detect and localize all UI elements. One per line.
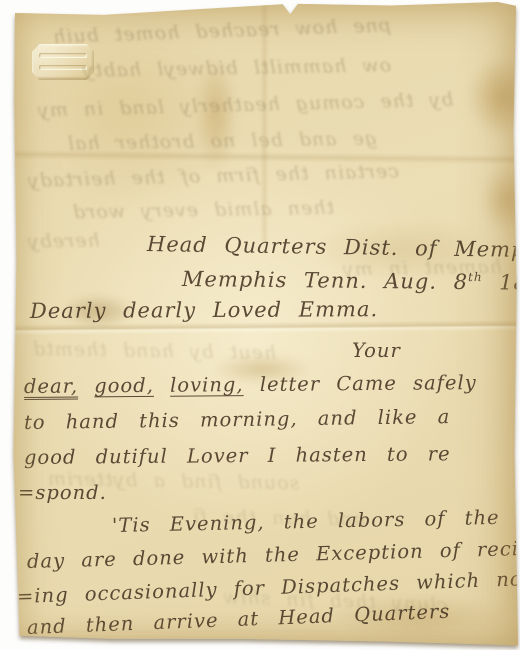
letter-paper: pne how reached homet buih ow hammiltl b… — [12, 2, 518, 646]
body-line: =spond. — [18, 481, 107, 504]
heading-date-pre: Memphis Tenn. Aug. 8 — [182, 267, 468, 294]
heading-line-1: Head Quarters Dist. of Memphis — [147, 232, 520, 262]
underlined-word: loving, — [170, 373, 244, 397]
bleedthrough-line: pne how reached homet buih — [52, 14, 392, 48]
body-line-text: letter Came safely — [260, 371, 477, 396]
stain — [467, 57, 520, 137]
embossed-seal-ridge — [39, 65, 87, 70]
salutation: Dearly dearly Loved Emma. — [30, 297, 378, 323]
underlined-word: dear, — [24, 375, 78, 400]
body-line: good dutiful Lover I hasten to re — [24, 442, 451, 469]
bleedthrough-line: ge and bel no brother hal — [67, 127, 377, 154]
stain — [480, 167, 520, 232]
bleedthrough-line: heut by hand themtd — [32, 338, 277, 364]
scan-background: pne how reached homet buih ow hammiltl b… — [0, 0, 520, 650]
bleedthrough-line: by the comug heatherly land in my — [37, 89, 454, 122]
body-line: to hand this morning, and like a — [24, 405, 451, 434]
underlined-word: good, — [94, 374, 154, 398]
bleedthrough-line: then almid every word — [72, 197, 334, 224]
body-line: dear, good, loving, letter Came safely — [24, 371, 477, 398]
bleedthrough-line: certain the firm of the heirtady — [27, 160, 399, 192]
body-line: 'Tis Evening, the labors of the — [112, 506, 500, 537]
embossed-seal-ridge — [39, 53, 87, 58]
heading-date-year: 1863 — [482, 270, 520, 295]
body-opening-word: Your — [352, 339, 401, 362]
body-line: day are done with the Exception of recip… — [27, 537, 520, 573]
bleedthrough-line: ow hammiltl bidweyl habty — [82, 54, 391, 81]
heading-line-2: Memphis Tenn. Aug. 8th 1863 — [182, 267, 520, 295]
bleedthrough-line: hereby — [27, 229, 100, 252]
heading-date-ordinal: th — [468, 270, 483, 284]
